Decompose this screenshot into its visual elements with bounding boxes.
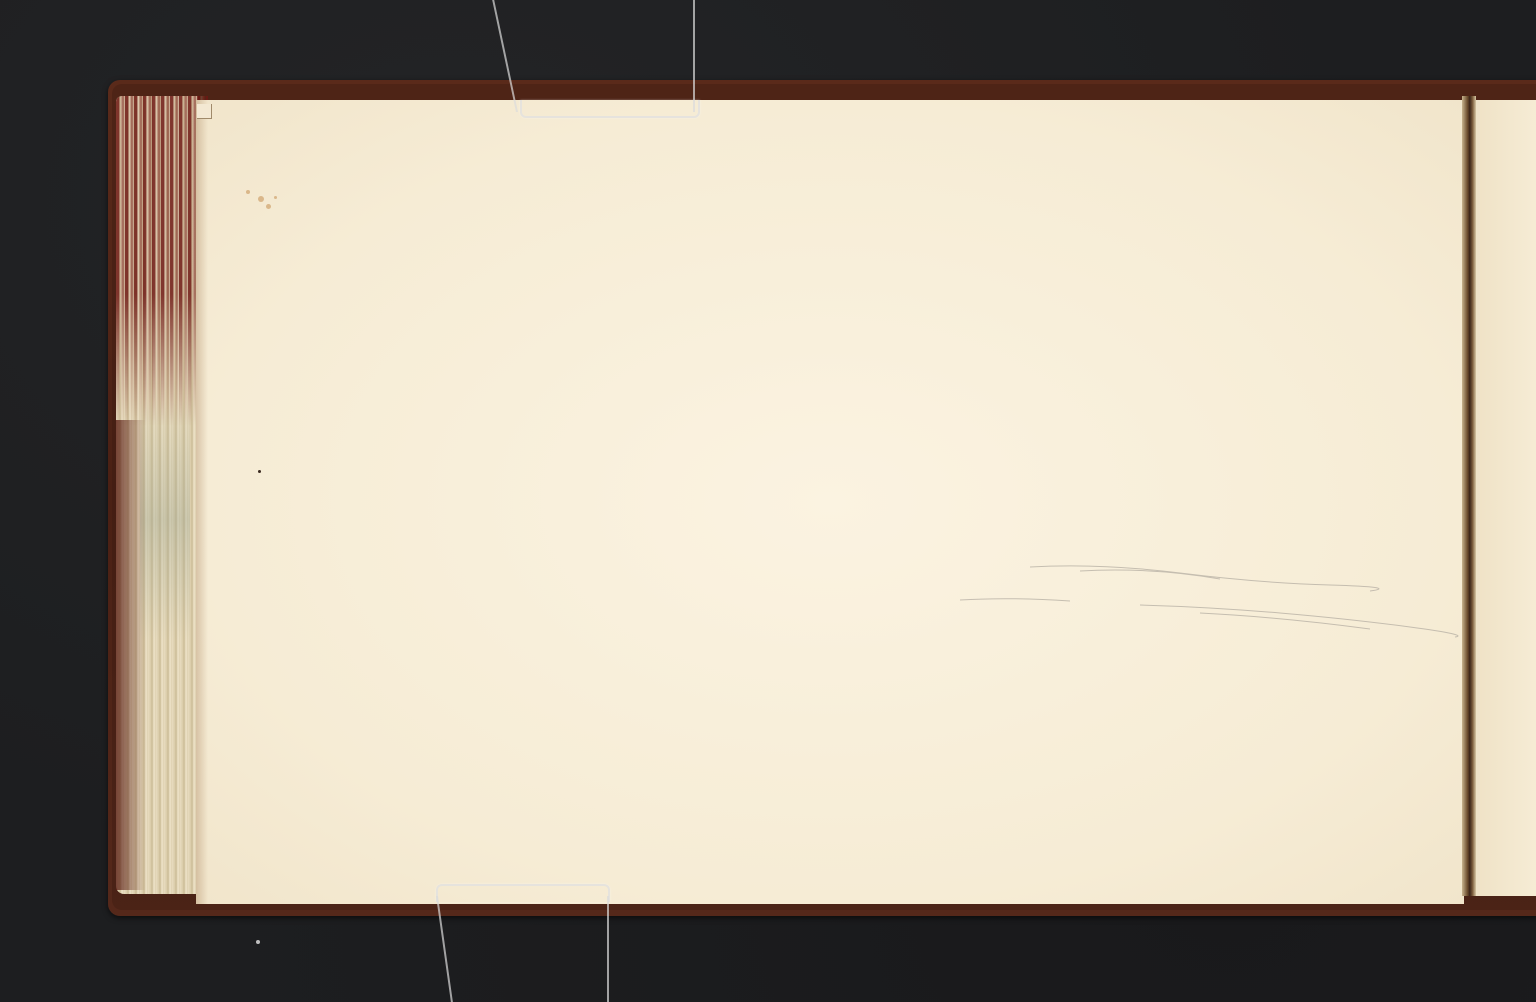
page-stack-stain [116,96,208,426]
bottom-clip-leg [607,896,609,1002]
foxing-spot [266,204,271,209]
foxing-spot [258,196,264,202]
bottom-clip [436,884,610,902]
page-corner-fold [197,104,212,119]
left-page [196,100,1464,904]
top-clip-leg [693,0,695,112]
page-stack-stain-lower [116,420,146,890]
page-stack-tint [140,400,190,640]
left-page-edge-shade [196,100,208,904]
pencil-sketch [950,555,1536,655]
foxing-spot [246,190,250,194]
right-page [1476,100,1536,896]
ink-dot [258,470,261,473]
top-clip [520,100,700,118]
foxing-spot [274,196,277,199]
book-gutter [1462,96,1476,896]
dust-speck [256,940,260,944]
